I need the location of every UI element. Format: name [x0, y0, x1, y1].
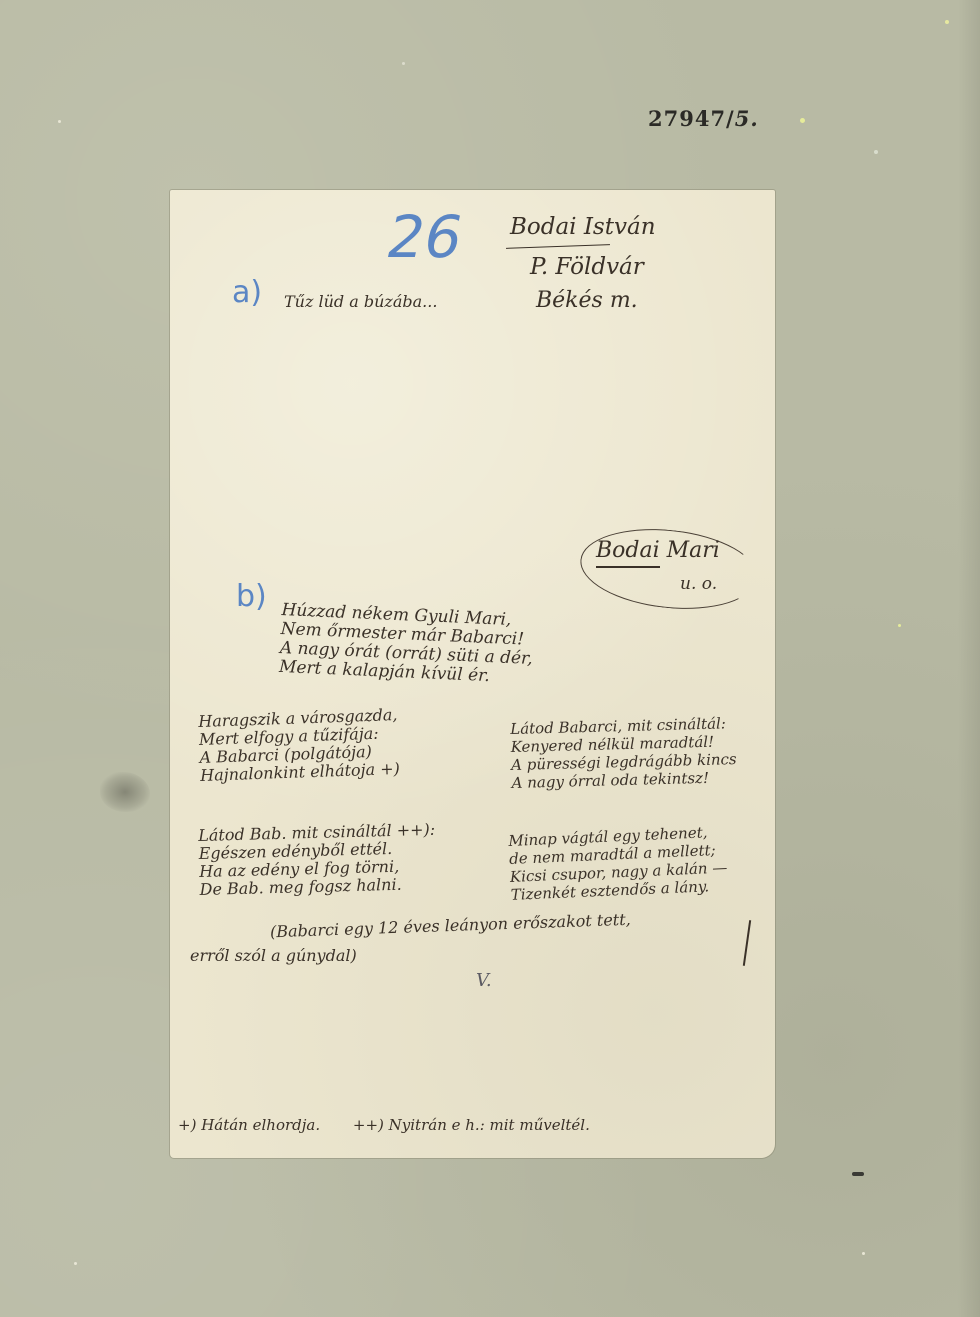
board-speck [898, 624, 901, 627]
underline [506, 244, 610, 249]
verse-5: Minap vágtál egy tehenet, de nem maradtá… [508, 823, 728, 904]
section-b-label: b) [236, 582, 267, 612]
county-name: Békés m. [536, 290, 638, 312]
board-speck [58, 120, 61, 123]
board-speck [800, 118, 805, 123]
board-speck [945, 20, 949, 24]
collector-name: Bodai István [510, 216, 656, 239]
place-name: P. Földvár [530, 256, 644, 279]
catalog-number: 27947/5. [648, 106, 759, 131]
item-number: 26 [382, 208, 468, 266]
board-speck [874, 150, 878, 154]
board-speck [402, 62, 405, 65]
footnote-1: +) Hátán elhordja. [178, 1116, 320, 1134]
board-speck [74, 1262, 77, 1265]
manuscript-card: 26 Bodai István P. Földvár Békés m. a) T… [170, 190, 775, 1158]
singer-oval [576, 521, 761, 617]
verse-4: Látod Bab. mit csináltál ++): Egészen ed… [198, 820, 437, 898]
underline [596, 566, 660, 568]
editorial-note-line-1: (Babarci egy 12 éves leányon erőszakot t… [270, 912, 631, 941]
board-speck [852, 1172, 864, 1176]
singer-place: u. o. [680, 576, 717, 593]
verse-3: Látod Babarci, mit csináltál: Kenyered n… [510, 714, 737, 792]
section-a-incipit: Tűz lüd a búzába... [284, 294, 437, 310]
section-a-label: a) [232, 278, 262, 308]
pencil-mark-v: V. [476, 972, 492, 990]
board-shadow-edge [958, 0, 980, 1317]
catalog-number-main: 27947/ [648, 106, 735, 131]
board-speck [862, 1252, 865, 1255]
catalog-number-suffix: 5. [735, 106, 759, 131]
singer-name: Bodai Mari [596, 540, 720, 562]
footnotes: +) Hátán elhordja. ++) Nyitrán e h.: mit… [178, 1118, 618, 1133]
footnote-2: ++) Nyitrán e h.: mit műveltél. [353, 1116, 590, 1134]
verse-2: Haragszik a városgazda, Mert elfogy a tű… [198, 705, 400, 784]
board-stain [100, 772, 150, 812]
editorial-note-line-2: erről szól a gúnydal) [190, 948, 357, 964]
verse-1: Húzzad nékem Gyuli Mari, Nem őrmester má… [279, 600, 535, 687]
note-bracket [743, 920, 751, 966]
